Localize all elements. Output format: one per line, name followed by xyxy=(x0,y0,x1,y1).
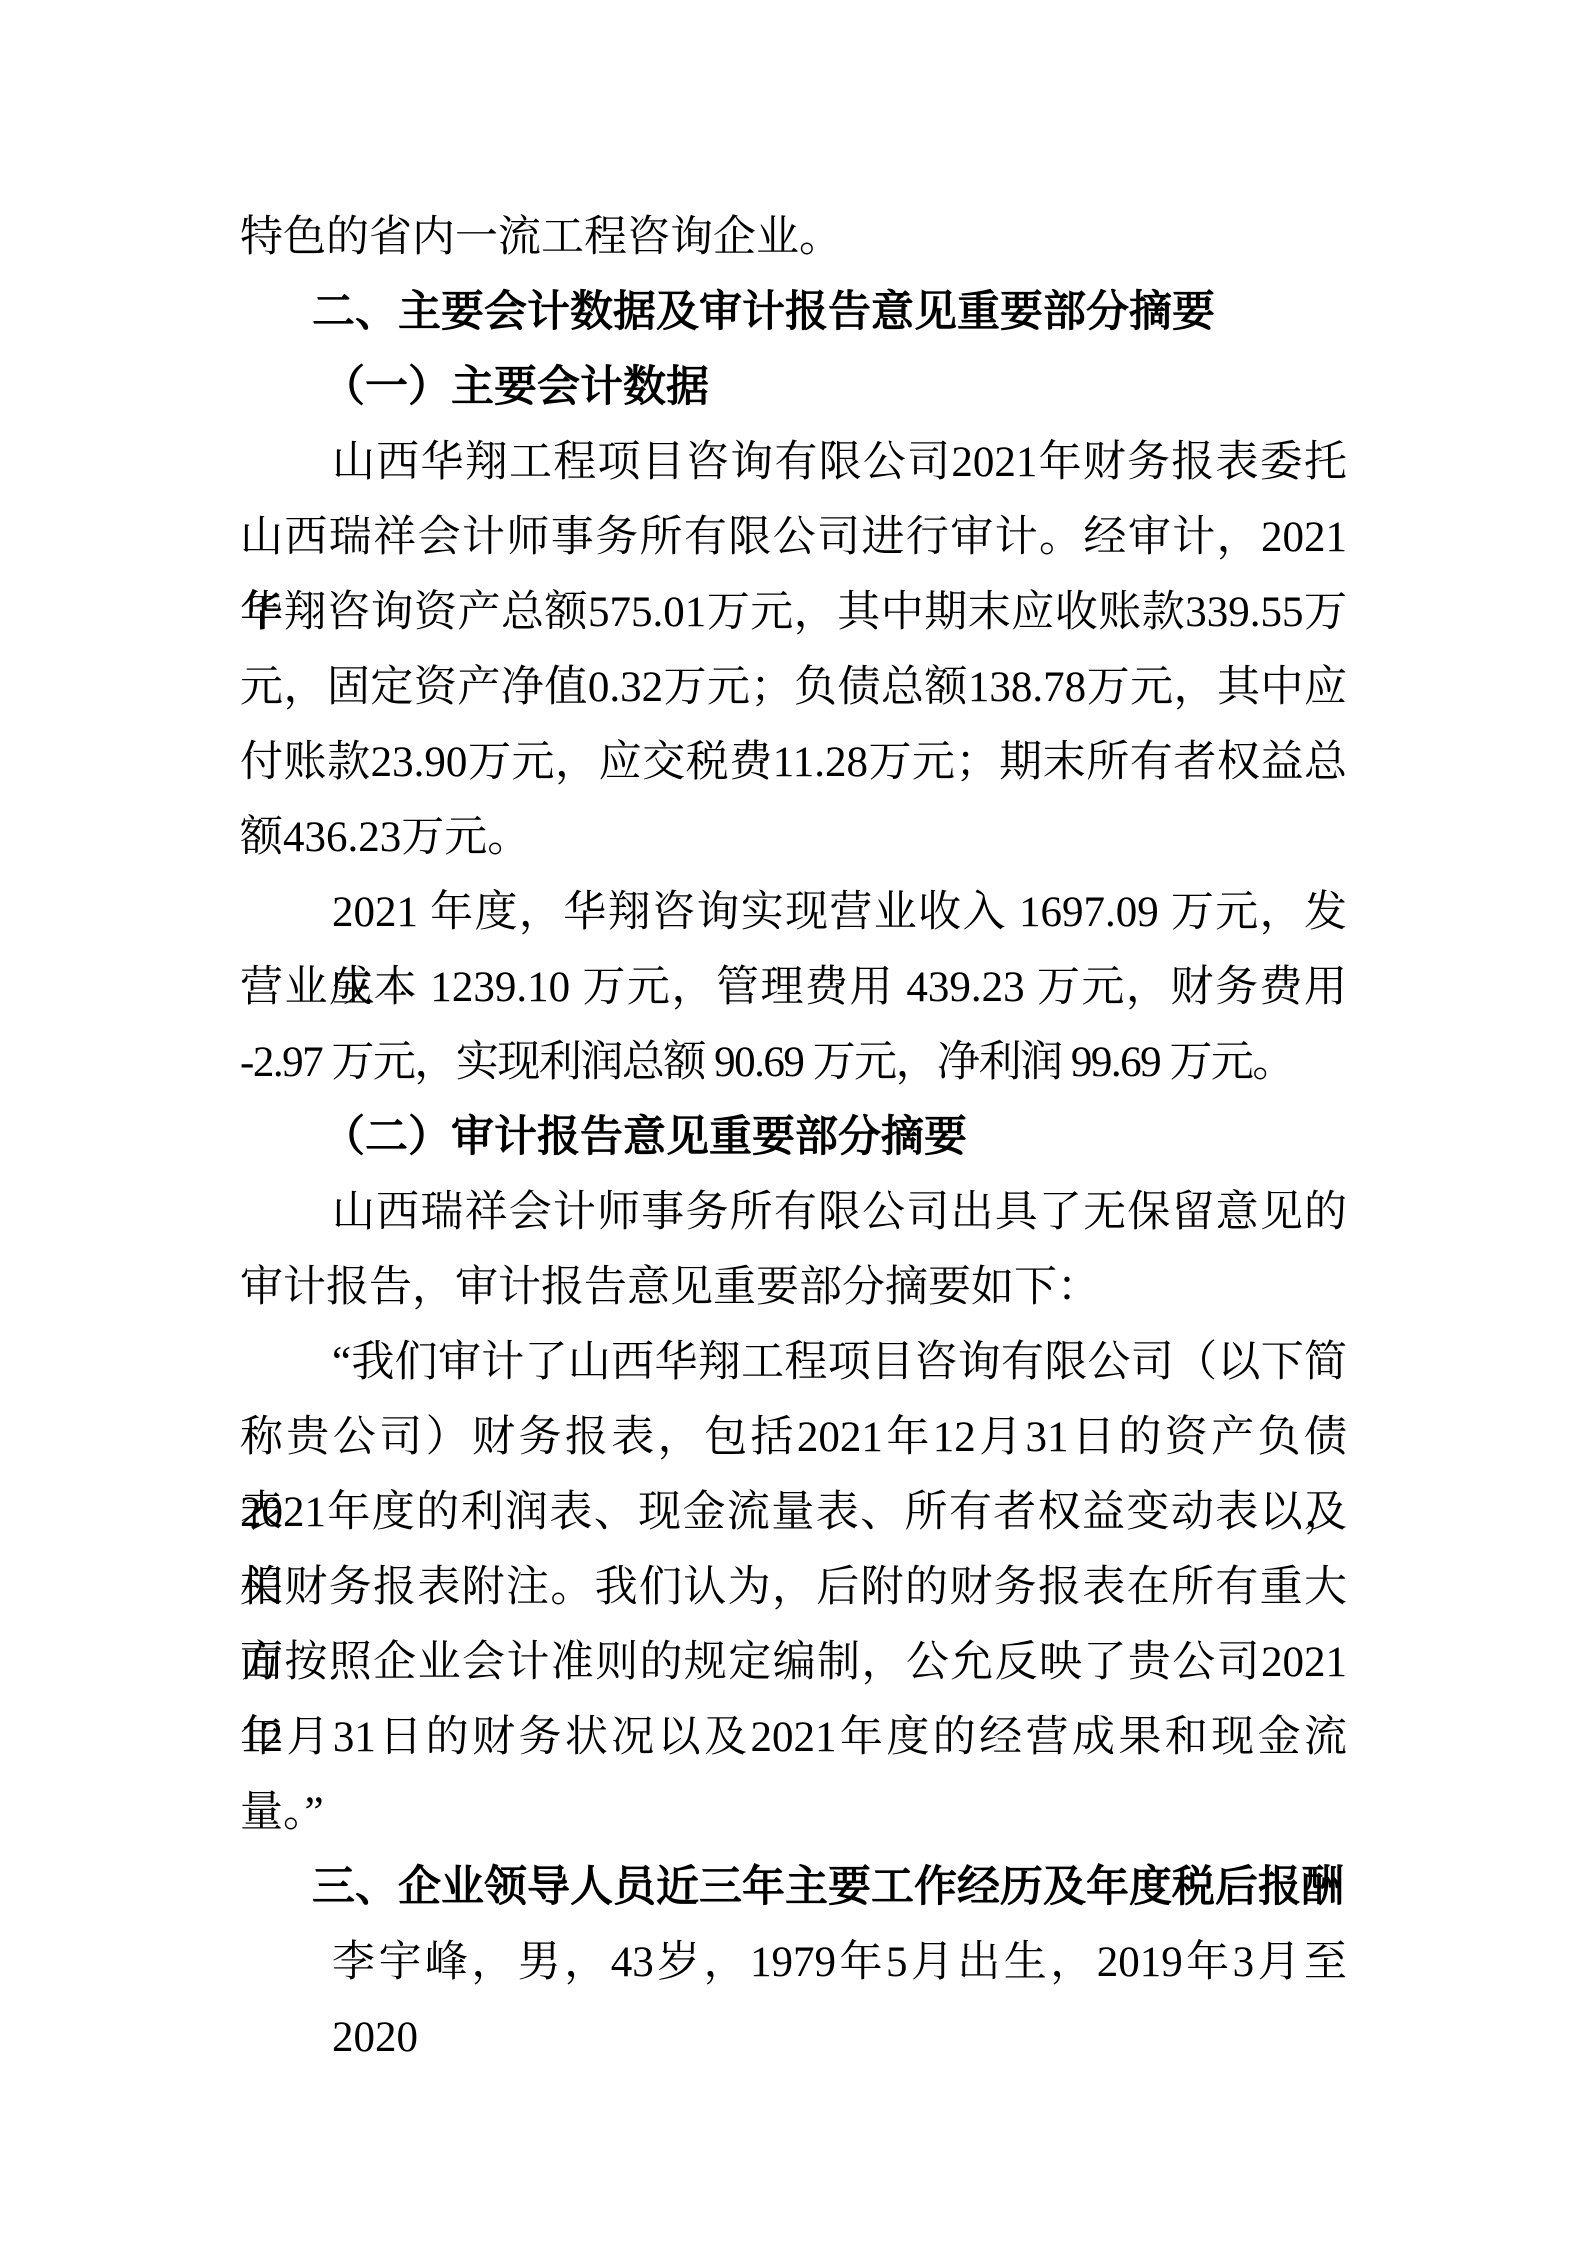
text-line: 12月31日的财务状况以及2021年度的经营成果和现金流 xyxy=(240,1700,1347,1775)
heading-line: 三、企业领导人员近三年主要工作经历及年度税后报酬 xyxy=(240,1850,1347,1925)
document-page: 特色的省内一流工程咨询企业。二、主要会计数据及审计报告意见重要部分摘要（一）主要… xyxy=(0,0,1587,2245)
text-line: 额436.23万元。 xyxy=(240,800,1347,875)
text-line: 山西华翔工程项目咨询有限公司2021年财务报表委托 xyxy=(240,425,1347,500)
text-line: 李宇峰，男，43岁，1979年5月出生，2019年3月至2020 xyxy=(240,1925,1347,2000)
text-line: -2.97 万元，实现利润总额 90.69 万元，净利润 99.69 万元。 xyxy=(240,1025,1347,1100)
text-line: 关财务报表附注。我们认为，后附的财务报表在所有重大方 xyxy=(240,1550,1347,1625)
heading-line: 二、主要会计数据及审计报告意见重要部分摘要 xyxy=(240,275,1347,350)
text-line: 营业成本 1239.10 万元，管理费用 439.23 万元，财务费用 xyxy=(240,950,1347,1025)
text-line: 山西瑞祥会计师事务所有限公司进行审计。经审计，2021年 xyxy=(240,500,1347,575)
text-line: 称贵公司）财务报表，包括2021年12月31日的资产负债表， xyxy=(240,1400,1347,1475)
text-line: 2021 年度，华翔咨询实现营业收入 1697.09 万元，发生 xyxy=(240,875,1347,950)
text-line: 面按照企业会计准则的规定编制，公允反映了贵公司2021年 xyxy=(240,1625,1347,1700)
heading-line: （一）主要会计数据 xyxy=(240,350,1347,425)
text-line: “我们审计了山西华翔工程项目咨询有限公司（以下简 xyxy=(240,1325,1347,1400)
text-line: 华翔咨询资产总额575.01万元，其中期末应收账款339.55万 xyxy=(240,575,1347,650)
text-line: 付账款23.90万元，应交税费11.28万元；期末所有者权益总 xyxy=(240,725,1347,800)
text-line: 审计报告，审计报告意见重要部分摘要如下： xyxy=(240,1250,1347,1325)
text-line: 特色的省内一流工程咨询企业。 xyxy=(240,200,1347,275)
text-line: 山西瑞祥会计师事务所有限公司出具了无保留意见的 xyxy=(240,1175,1347,1250)
document-content: 特色的省内一流工程咨询企业。二、主要会计数据及审计报告意见重要部分摘要（一）主要… xyxy=(240,200,1347,2000)
heading-line: （二）审计报告意见重要部分摘要 xyxy=(240,1100,1347,1175)
text-line: 元，固定资产净值0.32万元；负债总额138.78万元，其中应 xyxy=(240,650,1347,725)
text-line: 量。” xyxy=(240,1775,1347,1850)
text-line: 2021年度的利润表、现金流量表、所有者权益变动表以及相 xyxy=(240,1475,1347,1550)
